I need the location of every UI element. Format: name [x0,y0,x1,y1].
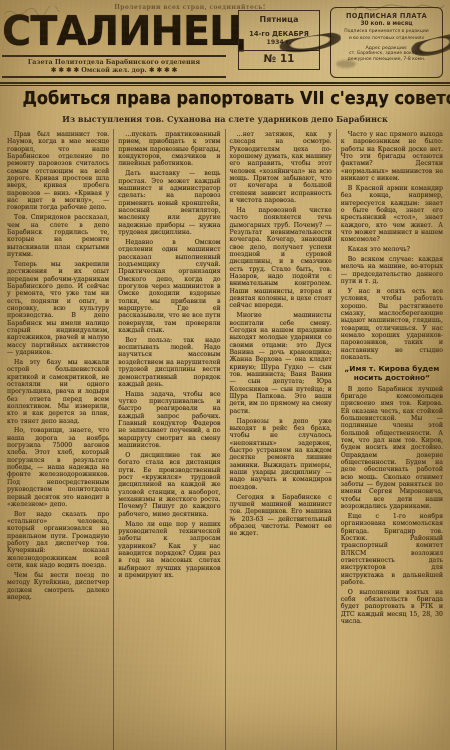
paragraph: Прав был машинист тов. Наумов, когда в м… [7,131,109,212]
paragraph: Наша задача, чтобы все чутко прислушивал… [118,391,220,450]
paragraph: На эту базу мы нажали острой большевистс… [7,359,109,425]
subscription-title: ПОДПИСНАЯ ПЛАТА [331,12,442,20]
paragraph: В Красной армии командир без конца, напр… [341,185,443,244]
subscription-box: ПОДПИСНАЯ ПЛАТА 30 коп. в месяц Подписка… [330,7,443,78]
paragraph: Еще с 1-го ноября организована комсомоль… [341,513,443,586]
paragraph: На паровозной чистке часто появляется те… [230,207,332,310]
masthead-block: СТАЛИНЕЦ Газета Политотдела Барабинского… [2,8,232,78]
paragraph: О дисциплине так же богато стала вся дис… [118,452,220,518]
paragraph: Паровозы в депо уже выходят в рейс без б… [230,418,332,491]
paragraph: Какая это мелочь? [341,246,443,253]
subhead: Из выступления тов. Суханова на слете уд… [0,114,450,124]
masthead-subtitle-2: ✱ ✱ ✱ ✱ Омской жел. дор. ✱ ✱ ✱ ✱ [2,67,226,75]
column-3: …нет затяжек, как у слесаря на осмотре. … [225,129,336,750]
paragraph: Во всяком случае: каждая мелочь на машин… [341,256,443,285]
paragraph: Часто у нас прямого выхода к паровозника… [341,131,443,182]
article-columns: Прав был машинист тов. Наумов, когда в м… [3,129,447,750]
header-divider [0,82,450,86]
column-2: …пускать практикованный прием, приобщать… [113,129,224,750]
paragraph: Недавно в Омском отделении один машинист… [118,239,220,334]
paragraph: …нет затяжек, как у слесаря на осмотре. … [230,131,332,204]
column-1: Прав был машинист тов. Наумов, когда в м… [3,129,113,750]
paragraph: У нас и опять есть все условия, чтобы ра… [341,288,443,361]
column-4: Часто у нас прямого выхода к паровозника… [336,129,447,750]
issue-year: 1934 г. [239,39,319,46]
issue-number: № 11 [239,53,319,65]
paragraph: Тов. Спиридонов рассказал, чем на слете … [7,214,109,258]
weekday: Пятница [239,15,319,24]
paragraph: Но, товарищи, знаете, что наша дорога за… [7,427,109,508]
newspaper-page: Пролетарии всех стран, соединяйтесь! СТА… [0,0,450,750]
date-box: Пятница 14-го ДЕКАБРЯ 1934 г. № 11 [238,10,320,70]
date-box-divider [239,50,319,51]
paragraph: Вот надо сказать про «стального» человек… [7,511,109,570]
paragraph: Теперь мы закрепили достижения и их опыт… [7,261,109,356]
paragraph: Сегодня в Барабинске с лучшей машиной ма… [230,494,332,538]
masthead-rule-top [2,55,226,57]
subscription-note-2: и во всех почтовых отделениях [331,36,442,41]
headline: Добиться права рапортовать VII с'езду со… [23,88,428,109]
paragraph: В депо Барабинск лучшей бригаде комсомол… [341,386,443,511]
paragraph: Мало ли еще пор у наших руководителей те… [118,521,220,580]
subscription-note-1: Подписка принимается в редакции [331,29,442,34]
masthead-title: СТАЛИНЕЦ [2,8,225,54]
editorial-address-line-2: дежурное помещение, 7-8 комн. [331,57,442,62]
section-heading: „Имя т. Кирова будем носить достойно“ [341,365,443,382]
paragraph: Дать выставку — вещь простая. Это может … [118,170,220,236]
paragraph: …пускать практикованный прием, приобщать… [118,131,220,168]
masthead-rule-bottom [2,76,226,78]
issue-date: 14-го ДЕКАБРЯ [239,30,319,38]
paragraph: Вот польза: так надо воспитывать людей. … [118,337,220,388]
subscription-price: 30 коп. в месяц [331,21,442,27]
paragraph: Чем бы вести поезд по методу Кутейкина, … [7,572,109,601]
paragraph: О выполнении взятых на себя обязательств… [341,589,443,626]
paragraph: Многие машинисты воспитали себе смену. С… [230,312,332,415]
